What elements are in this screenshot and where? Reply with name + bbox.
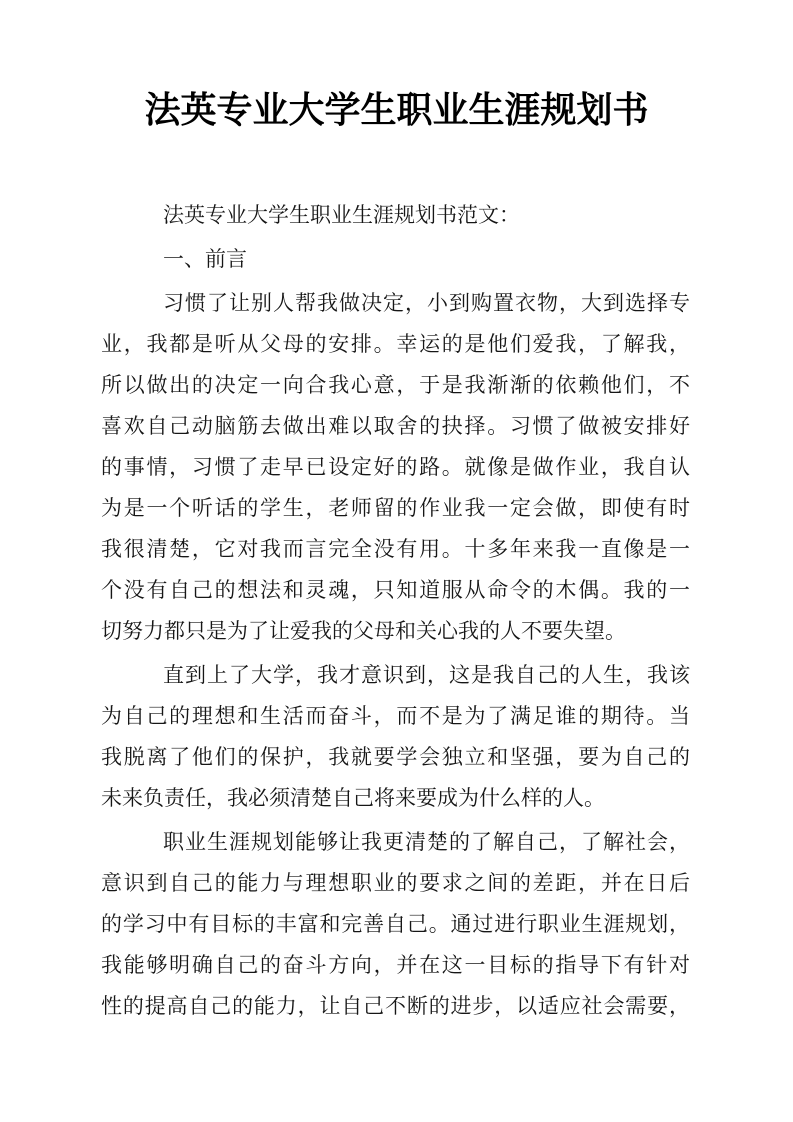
text-line: 所以做出的决定一向合我心意，于是我渐渐的依赖他们，不: [101, 365, 690, 406]
text-line: 个没有自己的想法和灵魂，只知道服从命令的木偶。我的一: [101, 570, 690, 611]
text-line: 未来负责任，我必须清楚自己将来要成为什么样的人。: [101, 778, 690, 819]
document-page: 法英专业大学生职业生涯规划书 法英专业大学生职业生涯规划书范文：一、前言习惯了让…: [0, 0, 793, 1122]
text-line: 业，我都是听从父母的安排。幸运的是他们爱我，了解我，: [101, 324, 690, 365]
document-title: 法英专业大学生职业生涯规划书: [0, 86, 793, 134]
text-line: 意识到自己的能力与理想职业的要求之间的差距，并在日后: [101, 863, 690, 904]
text-line: 我脱离了他们的保护，我就要学会独立和坚强，要为自己的: [101, 737, 690, 778]
text-line: 性的提高自己的能力，让自己不断的进步，以适应社会需要，: [101, 986, 690, 1027]
text-line: 习惯了让别人帮我做决定，小到购置衣物，大到选择专: [101, 283, 690, 324]
paragraph-3: 职业生涯规划能够让我更清楚的了解自己，了解社会，意识到自己的能力与理想职业的要求…: [101, 822, 690, 1027]
text-line: 为是一个听话的学生，老师留的作业我一定会做，即使有时: [101, 488, 690, 529]
text-line: 切努力都只是为了让爱我的父母和关心我的人不要失望。: [101, 611, 690, 652]
text-line: 的事情，习惯了走早已设定好的路。就像是做作业，我自认: [101, 447, 690, 488]
paragraph-1: 习惯了让别人帮我做决定，小到购置衣物，大到选择专业，我都是听从父母的安排。幸运的…: [101, 283, 690, 652]
subtitle-line: 法英专业大学生职业生涯规划书范文：: [101, 195, 690, 236]
text-line: 直到上了大学，我才意识到，这是我自己的人生，我该: [101, 655, 690, 696]
paragraph-2: 直到上了大学，我才意识到，这是我自己的人生，我该为自己的理想和生活而奋斗，而不是…: [101, 655, 690, 819]
text-line: 的学习中有目标的丰富和完善自己。通过进行职业生涯规划，: [101, 904, 690, 945]
text-line: 一、前言: [101, 239, 690, 280]
text-line: 我能够明确自己的奋斗方向，并在这一目标的指导下有针对: [101, 945, 690, 986]
text-line: 喜欢自己动脑筋去做出难以取舍的抉择。习惯了做被安排好: [101, 406, 690, 447]
section-heading-foreword: 一、前言: [101, 239, 690, 280]
text-line: 我很清楚，它对我而言完全没有用。十多年来我一直像是一: [101, 529, 690, 570]
text-line: 为自己的理想和生活而奋斗，而不是为了满足谁的期待。当: [101, 696, 690, 737]
text-line: 法英专业大学生职业生涯规划书范文：: [101, 195, 690, 236]
document-body: 法英专业大学生职业生涯规划书范文：一、前言习惯了让别人帮我做决定，小到购置衣物，…: [101, 195, 690, 1030]
text-line: 职业生涯规划能够让我更清楚的了解自己，了解社会，: [101, 822, 690, 863]
